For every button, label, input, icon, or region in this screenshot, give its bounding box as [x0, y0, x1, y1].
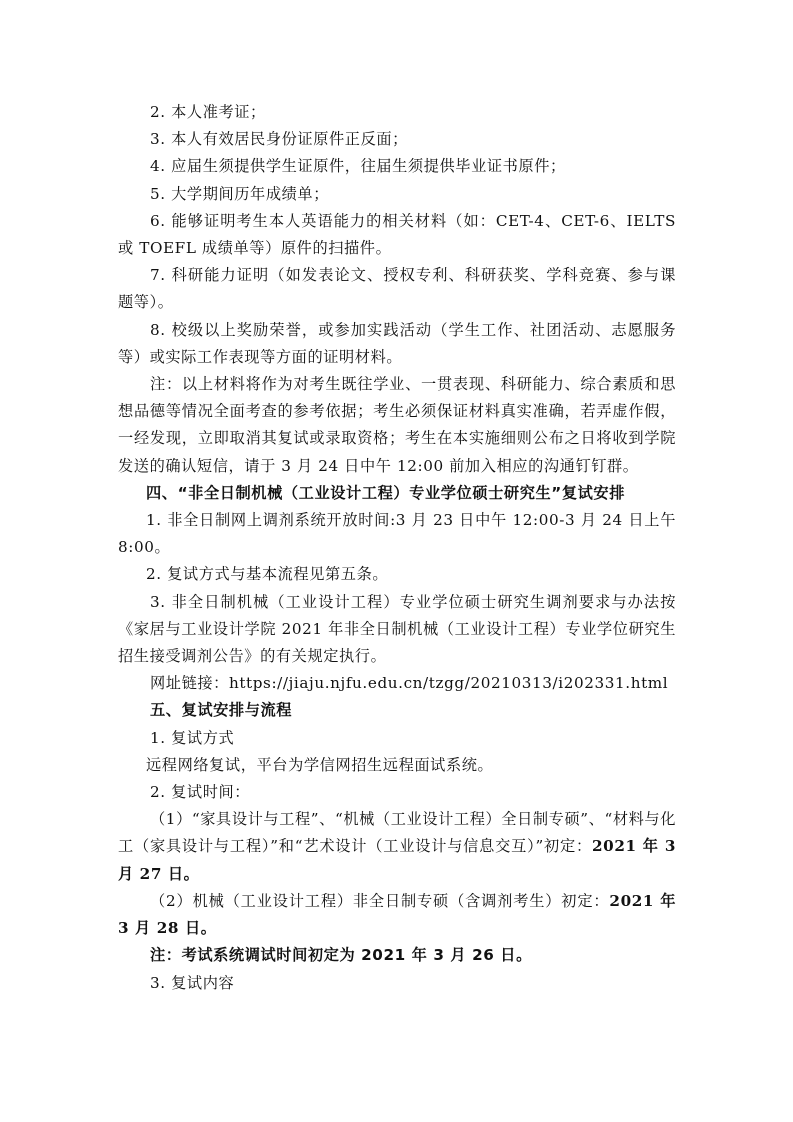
section-4-link-line: 网址链接：https://jiaju.njfu.edu.cn/tzgg/2021… — [118, 670, 676, 697]
list-item-research-proof: 7. 科研能力证明（如发表论文、授权专利、科研获奖、学科竞赛、参与课题等）。 — [118, 262, 676, 316]
system-test-note: 注：考试系统调试时间初定为 2021 年 3 月 26 日。 — [118, 942, 676, 969]
section-4-item-1: 1. 非全日制网上调剂系统开放时间:3 月 23 日中午 12:00-3 月 2… — [118, 507, 676, 561]
section-4-heading: 四、“非全日制机械（工业设计工程）专业学位硕士研究生”复试安排 — [118, 480, 676, 507]
section-4-item-2: 2. 复试方式与基本流程见第五条。 — [118, 561, 676, 588]
adjustment-notice-link[interactable]: https://jiaju.njfu.edu.cn/tzgg/20210313/… — [229, 674, 668, 692]
section-4-item-3: 3. 非全日制机械（工业设计工程）专业学位硕士研究生调剂要求与办法按《家居与工业… — [118, 589, 676, 671]
section-5-sub2-title: 2. 复试时间： — [118, 779, 676, 806]
list-item-english-proof: 6. 能够证明考生本人英语能力的相关材料（如：CET-4、CET-6、IELTS… — [118, 208, 676, 262]
list-item-admission-ticket: 2. 本人准考证； — [118, 99, 676, 126]
list-item-transcript: 5. 大学期间历年成绩单； — [118, 181, 676, 208]
list-item-honors-proof: 8. 校级以上奖励荣誉，或参加实践活动（学生工作、社团活动、志愿服务等）或实际工… — [118, 317, 676, 371]
section-5-sub3-title: 3. 复试内容 — [118, 970, 676, 997]
section-5-heading: 五、复试安排与流程 — [118, 697, 676, 724]
section-5-sub1-title: 1. 复试方式 — [118, 725, 676, 752]
exam-time-2: （2）机械（工业设计工程）非全日制专硕（含调剂考生）初定：2021 年 3 月 … — [118, 888, 676, 942]
list-item-id-card: 3. 本人有效居民身份证原件正反面； — [118, 126, 676, 153]
exam-time-2-text: （2）机械（工业设计工程）非全日制专硕（含调剂考生）初定： — [150, 892, 609, 910]
list-item-student-card: 4. 应届生须提供学生证原件，往届生须提供毕业证书原件； — [118, 153, 676, 180]
document-page: 2. 本人准考证； 3. 本人有效居民身份证原件正反面； 4. 应届生须提供学生… — [118, 99, 676, 997]
materials-note: 注：以上材料将作为对考生既往学业、一贯表现、科研能力、综合素质和思想品德等情况全… — [118, 371, 676, 480]
section-5-sub1-text: 远程网络复试，平台为学信网招生远程面试系统。 — [118, 752, 676, 779]
link-label: 网址链接： — [150, 674, 229, 692]
exam-time-1: （1）“家具设计与工程”、“机械（工业设计工程）全日制专硕”、“材料与化工（家具… — [118, 806, 676, 888]
